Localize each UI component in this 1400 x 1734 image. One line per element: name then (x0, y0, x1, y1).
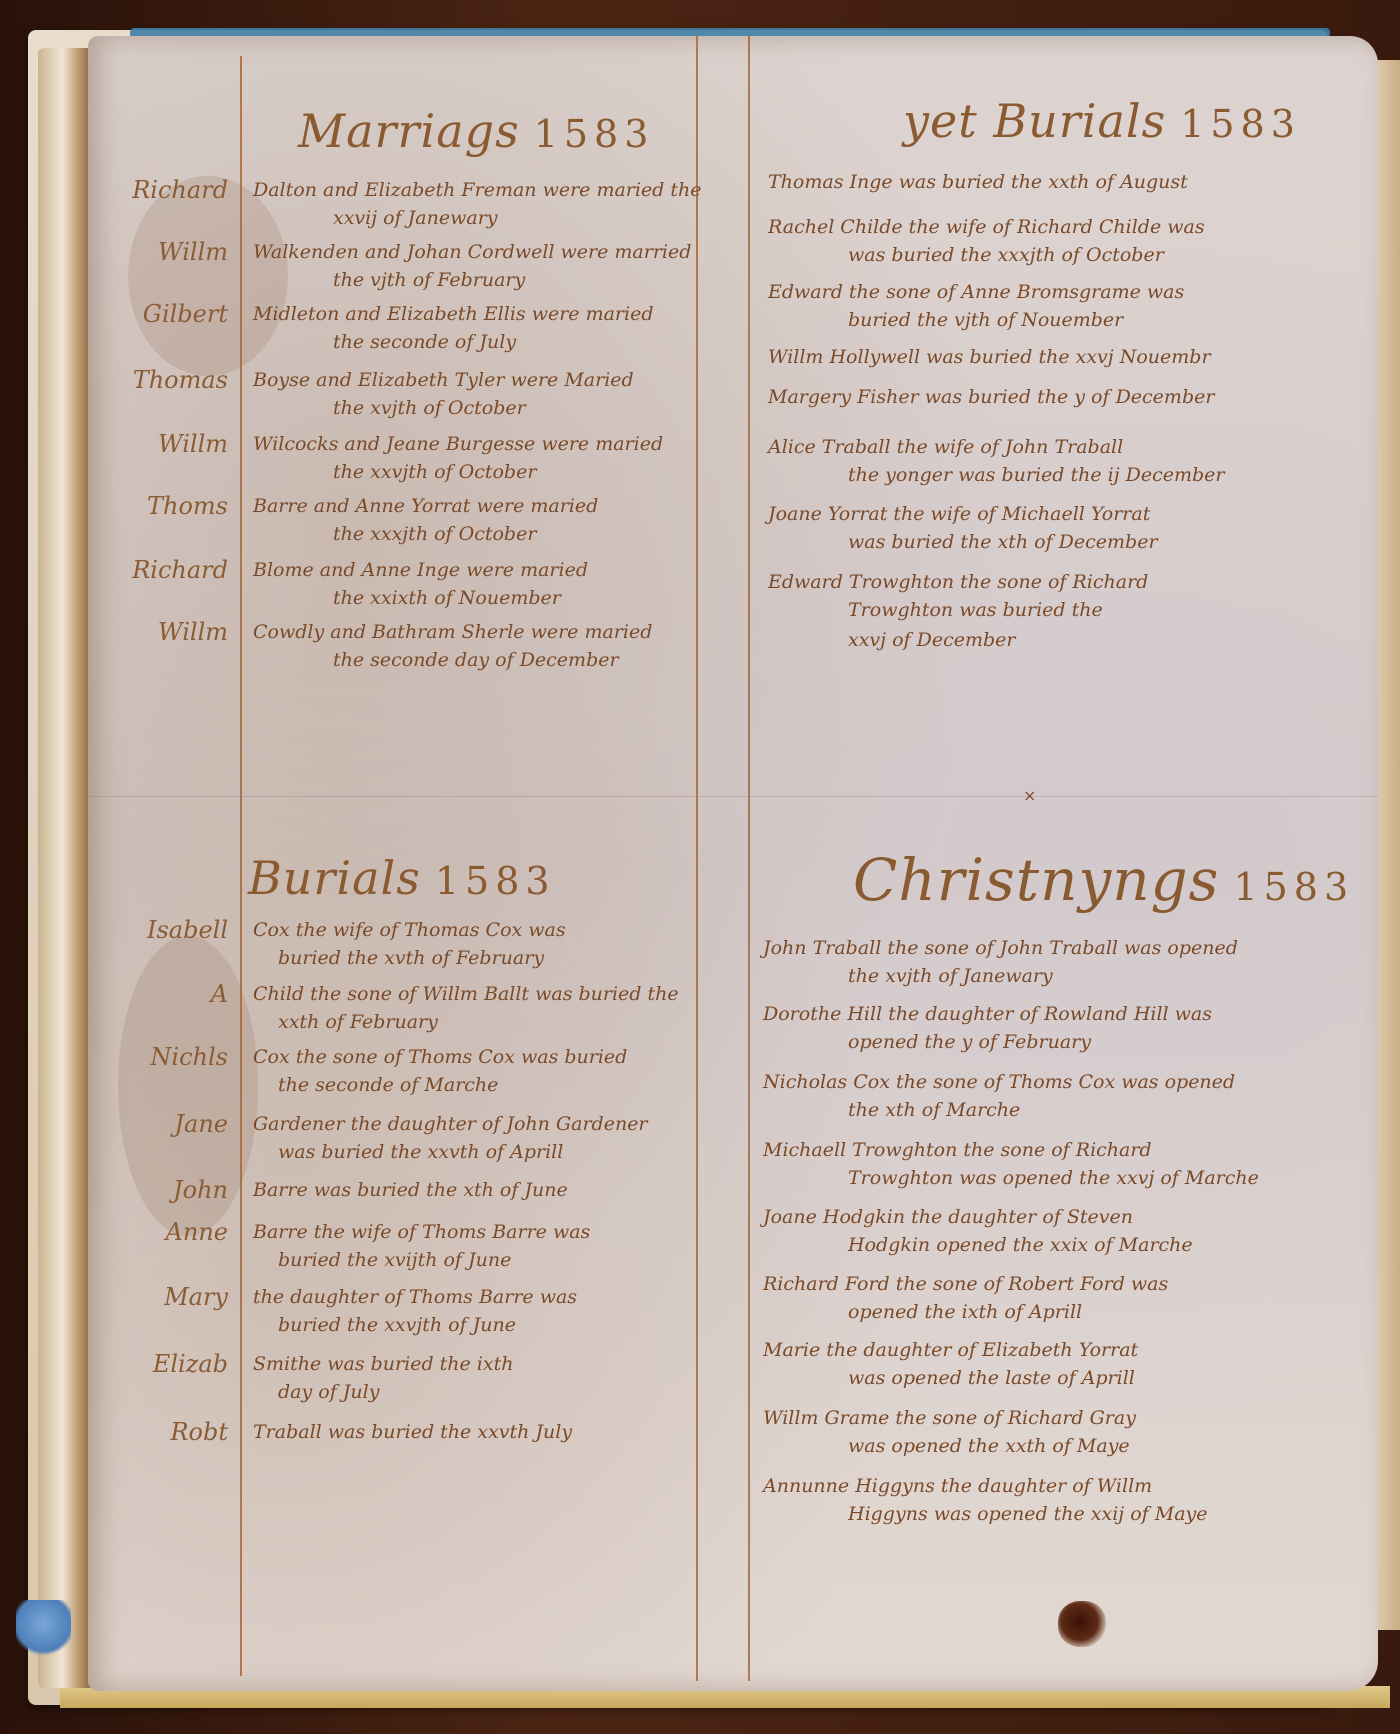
entry-line: Higgyns was opened the xxij of Maye (848, 1498, 1208, 1530)
margin-name: Gilbert (108, 298, 228, 330)
heading-marriages: Marriags1583 (298, 104, 654, 158)
entry-line: was buried the xxvth of Aprill (278, 1136, 563, 1168)
heading-year: 1583 (1233, 865, 1354, 909)
heading-text: Christnyngs (853, 846, 1219, 914)
margin-name: A (108, 978, 228, 1010)
column-rule-center-left (696, 36, 698, 1681)
margin-name: Robt (108, 1416, 228, 1448)
fold-crease (88, 796, 1378, 797)
entry-line: Trowghton was buried the (848, 594, 1103, 626)
entry-line: the xvjth of Janewary (848, 960, 1053, 992)
margin-name: Richard (108, 554, 228, 586)
margin-name: John (108, 1174, 228, 1206)
margin-name: Richard (108, 174, 228, 206)
entry-line: the xxxjth of October (333, 518, 536, 550)
entry-line: Willm Hollywell was buried the xxvj Noue… (768, 341, 1211, 373)
margin-name: Willm (108, 236, 228, 268)
entry-line: Margery Fisher was buried the y of Decem… (768, 381, 1214, 413)
entry-line: the seconde of July (333, 326, 516, 358)
entry-line: day of July (278, 1376, 379, 1408)
margin-name: Mary (108, 1281, 228, 1313)
entry-line: the xxvjth of October (333, 456, 536, 488)
entry-line: xxvj of December (848, 624, 1015, 656)
margin-name: Isabell (108, 914, 228, 946)
heading-year: 1583 (1180, 102, 1301, 146)
entry-line: opened the y of February (848, 1026, 1091, 1058)
entry-line: buried the xxvjth of June (278, 1309, 516, 1341)
heading-yet-burials: yet Burials1583 (903, 94, 1301, 148)
blue-corner-stain (16, 1600, 71, 1660)
margin-rule-left (240, 56, 242, 1676)
entry-line: the vjth of February (333, 264, 525, 296)
entry-line: was buried the xxxjth of October (848, 239, 1164, 271)
heading-burials: Burials1583 (248, 851, 556, 905)
entry-line: was opened the xxth of Maye (848, 1430, 1130, 1462)
heading-text: yet Burials (903, 94, 1166, 148)
margin-name: Thoms (108, 490, 228, 522)
entry-line: the xth of Marche (848, 1094, 1020, 1126)
entry-line: opened the ixth of Aprill (848, 1296, 1082, 1328)
margin-name: Elizab (108, 1348, 228, 1380)
entry-line: the xvjth of October (333, 392, 526, 424)
margin-name: Anne (108, 1216, 228, 1248)
margin-name: Nichls (108, 1041, 228, 1073)
margin-name: Willm (108, 616, 228, 648)
stain (128, 176, 288, 376)
entry-line: xxvij of Janewary (333, 202, 498, 234)
margin-name: Thomas (108, 364, 228, 396)
entry-line: Trowghton was opened the xxvj of Marche (848, 1162, 1259, 1194)
entry-line: Barre was buried the xth of June (253, 1174, 568, 1206)
entry-line: buried the vjth of Nouember (848, 304, 1123, 336)
register-page: Marriags1583 Richard Dalton and Elizabet… (88, 36, 1378, 1691)
entry-line: xxth of February (278, 1006, 438, 1038)
entry-line: was buried the xth of December (848, 526, 1158, 558)
entry-line: buried the xvijth of June (278, 1244, 511, 1276)
heading-year: 1583 (534, 112, 655, 156)
entry-line: was opened the laste of Aprill (848, 1362, 1135, 1394)
entry-line: the seconde day of December (333, 644, 619, 676)
ink-blot (1058, 1601, 1106, 1647)
heading-christenings: Christnyngs1583 (853, 846, 1354, 914)
margin-name: Willm (108, 428, 228, 460)
heading-text: Burials (248, 851, 421, 905)
margin-name: Jane (108, 1108, 228, 1140)
entry-line: Thomas Inge was buried the xxth of Augus… (768, 166, 1188, 198)
entry-line: the seconde of Marche (278, 1069, 498, 1101)
column-rule-center-right (748, 36, 750, 1681)
entry-line: Hodgkin opened the xxix of Marche (848, 1229, 1193, 1261)
heading-year: 1583 (435, 859, 556, 903)
heading-text: Marriags (298, 104, 520, 158)
entry-line: buried the xvth of February (278, 942, 544, 974)
entry-line: the yonger was buried the ij December (848, 459, 1225, 491)
manuscript-photo: Marriags1583 Richard Dalton and Elizabet… (0, 0, 1400, 1734)
x-mark: × (1023, 786, 1036, 805)
entry-line: the xxixth of Nouember (333, 582, 561, 614)
entry-line: Traball was buried the xxvth July (253, 1416, 572, 1448)
